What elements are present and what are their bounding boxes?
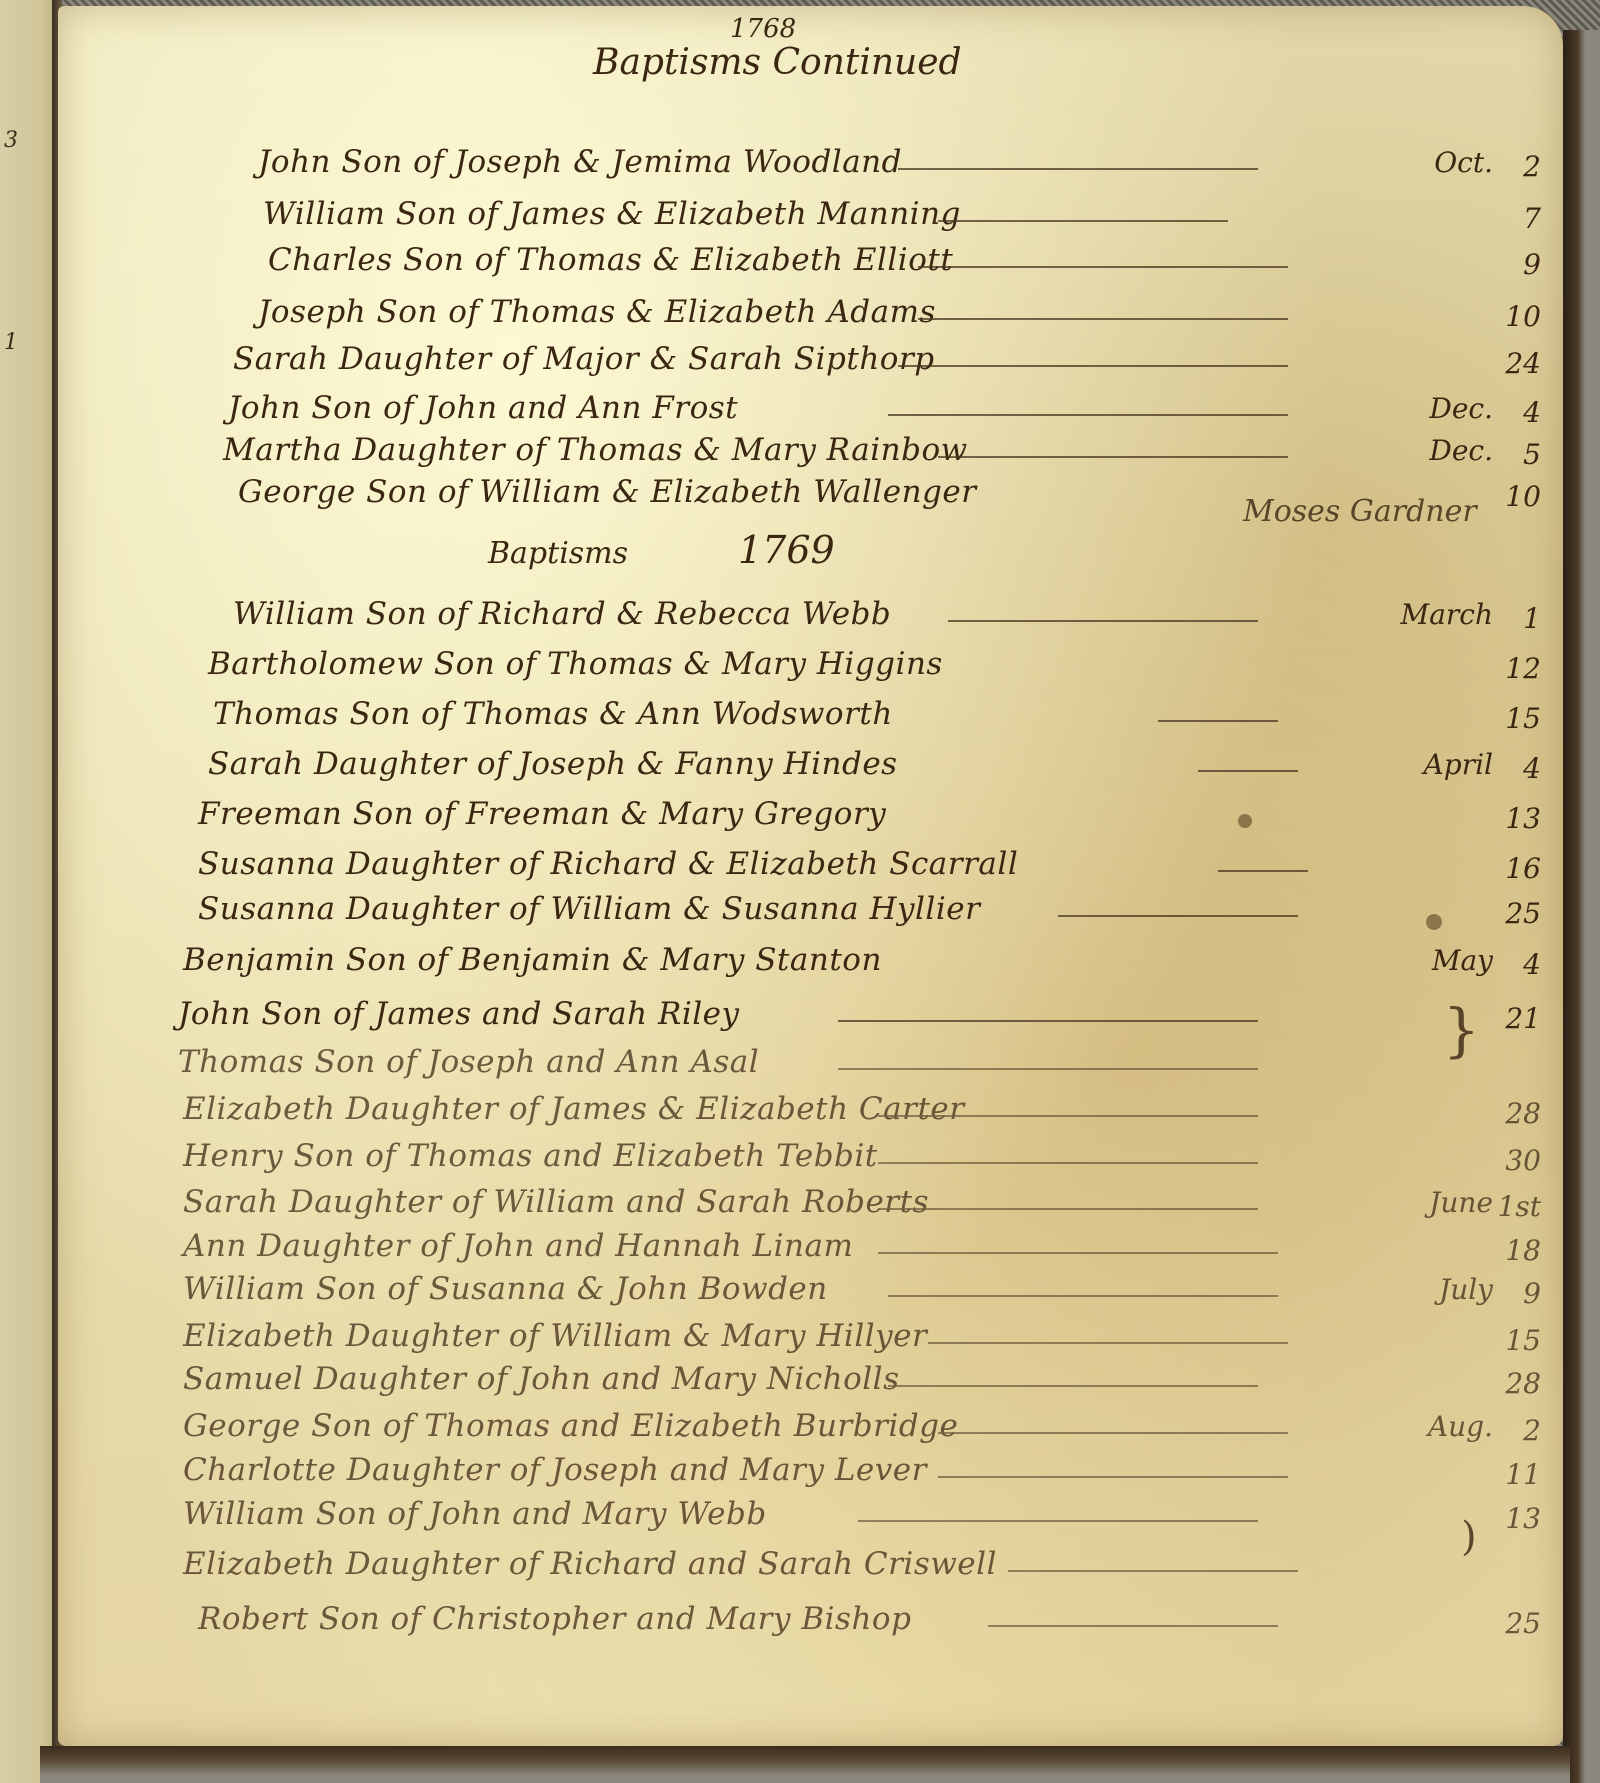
- entry-day: 21: [1505, 1002, 1541, 1035]
- leader-line: [898, 168, 1258, 170]
- section-heading: Baptisms: [488, 536, 628, 571]
- entry-text: Martha Daughter of Thomas & Mary Rainbow: [223, 432, 968, 468]
- entry-month: May: [1432, 944, 1493, 977]
- entry-text: Susanna Daughter of William & Susanna Hy…: [198, 891, 980, 927]
- entry-text: William Son of Richard & Rebecca Webb: [233, 596, 891, 632]
- entry-month: Aug.: [1428, 1410, 1493, 1443]
- leader-line: [938, 1476, 1288, 1478]
- leader-line: [938, 220, 1228, 222]
- entry-day: 9: [1523, 248, 1541, 281]
- entry-day: 1st: [1498, 1190, 1541, 1223]
- entry-text: Susanna Daughter of Richard & Elizabeth …: [198, 846, 1018, 882]
- entry-day: 15: [1505, 702, 1541, 735]
- entry-day: 30: [1505, 1144, 1541, 1177]
- baptism-entry: William Son of John and Mary Webb13: [58, 1496, 1563, 1542]
- entry-day: 4: [1523, 752, 1541, 785]
- left-page-mark: 1: [4, 330, 18, 355]
- entry-text: Henry Son of Thomas and Elizabeth Tebbit: [183, 1138, 878, 1174]
- baptism-entry: Martha Daughter of Thomas & Mary Rainbow…: [58, 432, 1563, 478]
- baptism-entry: George Son of Thomas and Elizabeth Burbr…: [58, 1408, 1563, 1454]
- leader-line: [858, 1520, 1258, 1522]
- baptism-entry: Sarah Daughter of Joseph & Fanny HindesA…: [58, 746, 1563, 792]
- entry-text: George Son of William & Elizabeth Wallen…: [238, 474, 977, 510]
- entry-month: Dec.: [1429, 392, 1493, 425]
- baptism-entry: William Son of Susanna & John BowdenJuly…: [58, 1271, 1563, 1317]
- baptism-entry: John Son of John and Ann FrostDec.4: [58, 390, 1563, 436]
- entry-day: 4: [1523, 396, 1541, 429]
- entry-month: March: [1401, 598, 1493, 631]
- baptism-entry: John Son of Joseph & Jemima WoodlandOct.…: [58, 144, 1563, 190]
- entry-month: Oct.: [1434, 146, 1493, 179]
- leader-line: [1198, 770, 1298, 772]
- entry-day: 11: [1505, 1458, 1541, 1491]
- entry-text: Samuel Daughter of John and Mary Nicholl…: [183, 1361, 899, 1397]
- entry-day: 25: [1505, 897, 1541, 930]
- leader-line: [1008, 1570, 1298, 1572]
- entry-month: June: [1429, 1186, 1493, 1219]
- bracket-mark: }: [1443, 996, 1480, 1064]
- entry-text: Elizabeth Daughter of Richard and Sarah …: [183, 1546, 997, 1582]
- entry-day: 2: [1523, 1414, 1541, 1447]
- baptism-entry: Samuel Daughter of John and Mary Nicholl…: [58, 1361, 1563, 1407]
- baptism-entry: Susanna Daughter of Richard & Elizabeth …: [58, 846, 1563, 892]
- entry-day: 18: [1505, 1234, 1541, 1267]
- entry-month: July: [1439, 1273, 1493, 1306]
- leader-line: [938, 456, 1288, 458]
- baptism-entry: William Son of James & Elizabeth Manning…: [58, 196, 1563, 242]
- entry-text: Elizabeth Daughter of James & Elizabeth …: [183, 1091, 965, 1127]
- leader-line: [1218, 870, 1308, 872]
- baptism-entry: Charlotte Daughter of Joseph and Mary Le…: [58, 1452, 1563, 1498]
- entry-day: 1: [1523, 602, 1541, 635]
- leader-line: [1158, 720, 1278, 722]
- entry-text: Benjamin Son of Benjamin & Mary Stanton: [183, 942, 882, 978]
- entry-month: Dec.: [1429, 434, 1493, 467]
- entry-text: Thomas Son of Thomas & Ann Wodsworth: [213, 696, 893, 732]
- leader-line: [918, 266, 1288, 268]
- ink-blot: [1238, 814, 1252, 828]
- entry-text: John Son of John and Ann Frost: [228, 390, 738, 426]
- facing-left-page: 3 1: [0, 0, 60, 1783]
- baptism-entry: Thomas Son of Joseph and Ann Asal: [58, 1044, 1563, 1090]
- leader-line: [928, 1342, 1288, 1344]
- leader-line: [878, 1208, 1258, 1210]
- entry-text: Sarah Daughter of Major & Sarah Sipthorp: [233, 341, 935, 377]
- baptism-entry: William Son of Richard & Rebecca WebbMar…: [58, 596, 1563, 642]
- baptism-entry: Charles Son of Thomas & Elizabeth Elliot…: [58, 242, 1563, 288]
- entry-text: Freeman Son of Freeman & Mary Gregory: [198, 796, 886, 832]
- baptism-entry: Elizabeth Daughter of William & Mary Hil…: [58, 1318, 1563, 1364]
- entry-day: 25: [1505, 1607, 1541, 1640]
- entry-day: 10: [1505, 300, 1541, 333]
- baptism-entry: Ann Daughter of John and Hannah Linam18: [58, 1228, 1563, 1274]
- baptism-entry: Sarah Daughter of William and Sarah Robe…: [58, 1184, 1563, 1230]
- register-page: 1768 Baptisms Continued Moses Gardner Ba…: [58, 6, 1563, 1746]
- entry-day: 13: [1505, 1502, 1541, 1535]
- baptism-entry: Freeman Son of Freeman & Mary Gregory13: [58, 796, 1563, 842]
- leader-line: [888, 1385, 1258, 1387]
- entry-text: William Son of Susanna & John Bowden: [183, 1271, 828, 1307]
- entry-text: Ann Daughter of John and Hannah Linam: [183, 1228, 853, 1264]
- section-year: 1769: [738, 528, 835, 572]
- entry-text: John Son of James and Sarah Riley: [178, 996, 740, 1032]
- baptism-entry: Susanna Daughter of William & Susanna Hy…: [58, 891, 1563, 937]
- entry-day: 16: [1505, 852, 1541, 885]
- page-year: 1768: [730, 14, 796, 44]
- entry-text: John Son of Joseph & Jemima Woodland: [258, 144, 902, 180]
- entry-day: 4: [1523, 948, 1541, 981]
- entry-text: Charles Son of Thomas & Elizabeth Elliot…: [268, 242, 953, 278]
- entry-day: 13: [1505, 802, 1541, 835]
- entry-text: Thomas Son of Joseph and Ann Asal: [178, 1044, 759, 1080]
- entry-day: 28: [1505, 1097, 1541, 1130]
- leader-line: [878, 1162, 1258, 1164]
- baptism-entry: Henry Son of Thomas and Elizabeth Tebbit…: [58, 1138, 1563, 1184]
- leader-line: [838, 1068, 1258, 1070]
- leader-line: [988, 1625, 1278, 1627]
- leader-line: [938, 1432, 1288, 1434]
- book-cover-edge: [1563, 30, 1600, 1783]
- entry-text: Sarah Daughter of Joseph & Fanny Hindes: [208, 746, 898, 782]
- leader-line: [888, 1295, 1278, 1297]
- baptism-entry: Elizabeth Daughter of James & Elizabeth …: [58, 1091, 1563, 1137]
- entry-text: William Son of John and Mary Webb: [183, 1496, 767, 1532]
- leader-line: [918, 318, 1288, 320]
- baptism-entry: Elizabeth Daughter of Richard and Sarah …: [58, 1546, 1563, 1592]
- leader-line: [948, 620, 1258, 622]
- entry-day: 24: [1505, 347, 1541, 380]
- baptism-entry: John Son of James and Sarah Riley21: [58, 996, 1563, 1042]
- page-heading: Baptisms Continued: [593, 42, 962, 83]
- leader-line: [878, 1252, 1278, 1254]
- entry-text: George Son of Thomas and Elizabeth Burbr…: [183, 1408, 958, 1444]
- ink-blot: [1426, 914, 1442, 930]
- entry-text: Bartholomew Son of Thomas & Mary Higgins: [208, 646, 943, 682]
- entry-text: Robert Son of Christopher and Mary Bisho…: [198, 1601, 911, 1637]
- baptism-entry: Thomas Son of Thomas & Ann Wodsworth15: [58, 696, 1563, 742]
- left-page-mark: 3: [4, 128, 18, 153]
- bracket-mark: ): [1461, 1514, 1477, 1560]
- entry-day: 2: [1523, 150, 1541, 183]
- baptism-entry: Bartholomew Son of Thomas & Mary Higgins…: [58, 646, 1563, 692]
- leader-line: [1058, 915, 1298, 917]
- entry-text: Elizabeth Daughter of William & Mary Hil…: [183, 1318, 927, 1354]
- entry-day: 9: [1523, 1277, 1541, 1310]
- entry-day: 12: [1505, 652, 1541, 685]
- book-cover-edge: [40, 1746, 1570, 1783]
- entry-day: 10: [1505, 480, 1541, 513]
- baptism-entry: Robert Son of Christopher and Mary Bisho…: [58, 1601, 1563, 1647]
- entry-day: 15: [1505, 1324, 1541, 1357]
- entry-text: Joseph Son of Thomas & Elizabeth Adams: [258, 294, 936, 330]
- entry-day: 7: [1523, 202, 1541, 235]
- entry-month: April: [1424, 748, 1493, 781]
- baptism-entry: Benjamin Son of Benjamin & Mary StantonM…: [58, 942, 1563, 988]
- entry-day: 5: [1523, 438, 1541, 471]
- leader-line: [888, 414, 1288, 416]
- entry-text: William Son of James & Elizabeth Manning: [263, 196, 961, 232]
- baptism-entry: Sarah Daughter of Major & Sarah Sipthorp…: [58, 341, 1563, 387]
- entry-day: 28: [1505, 1367, 1541, 1400]
- entry-text: Sarah Daughter of William and Sarah Robe…: [183, 1184, 929, 1220]
- leader-line: [898, 365, 1288, 367]
- baptism-entry: Joseph Son of Thomas & Elizabeth Adams10: [58, 294, 1563, 340]
- entry-text: Charlotte Daughter of Joseph and Mary Le…: [183, 1452, 927, 1488]
- leader-line: [838, 1020, 1258, 1022]
- baptism-entry: George Son of William & Elizabeth Wallen…: [58, 474, 1563, 520]
- leader-line: [878, 1115, 1258, 1117]
